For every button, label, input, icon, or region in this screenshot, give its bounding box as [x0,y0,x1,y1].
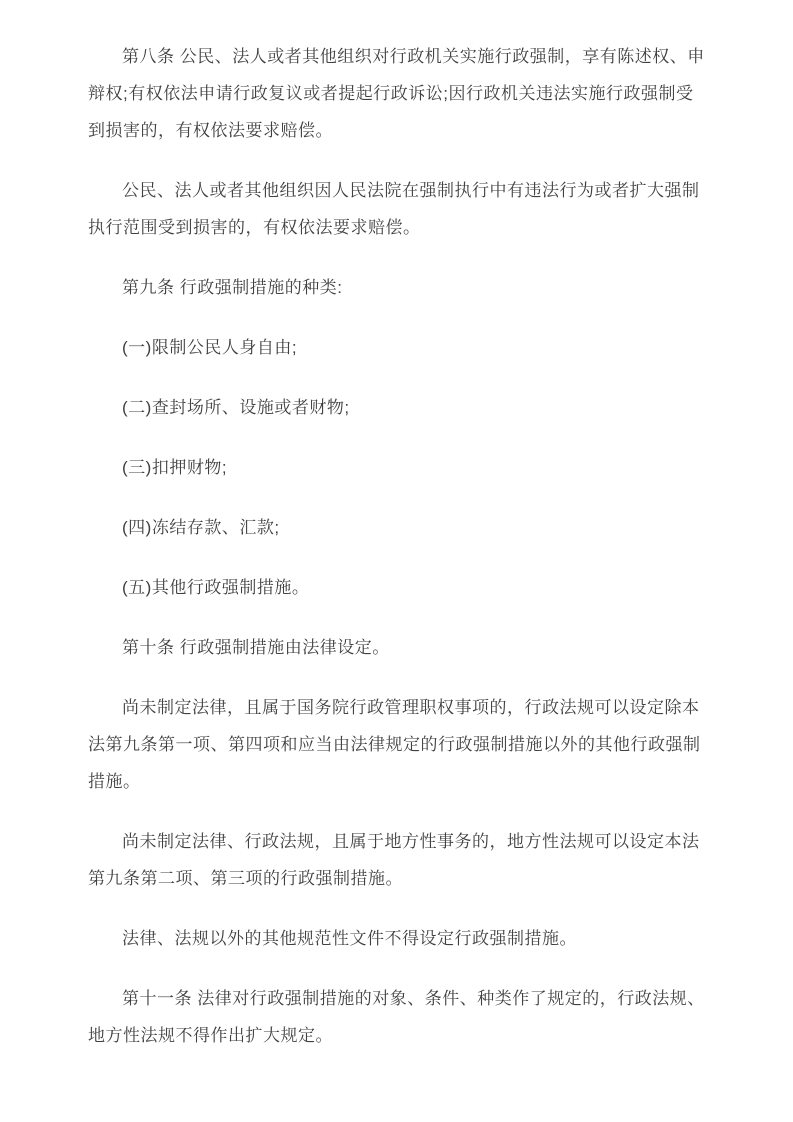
article-9-item-2: (二)查封场所、设施或者财物; [88,389,708,426]
article-10-clause-1: 第十条 行政强制措施由法律设定。 [88,629,708,666]
article-8-clause-2: 公民、法人或者其他组织因人民法院在强制执行中有违法行为或者扩大强制执行范围受到损… [88,172,708,246]
article-9-item-1: (一)限制公民人身自由; [88,329,708,366]
legal-text-body: 第八条 公民、法人或者其他组织对行政机关实施行政强制，享有陈述权、申辩权;有权依… [88,38,708,1054]
article-8-clause-1: 第八条 公民、法人或者其他组织对行政机关实施行政强制，享有陈述权、申辩权;有权依… [88,38,708,149]
article-10-clause-2: 尚未制定法律，且属于国务院行政管理职权事项的，行政法规可以设定除本法第九条第一项… [88,689,708,800]
article-9-item-4: (四)冻结存款、汇款; [88,509,708,546]
article-9-item-3: (三)扣押财物; [88,449,708,486]
article-10-clause-4: 法律、法规以外的其他规范性文件不得设定行政强制措施。 [88,920,708,957]
document-page: 第八条 公民、法人或者其他组织对行政机关实施行政强制，享有陈述权、申辩权;有权依… [0,0,793,1122]
article-10-clause-3: 尚未制定法律、行政法规，且属于地方性事务的，地方性法规可以设定本法第九条第二项、… [88,823,708,897]
article-9-item-5: (五)其他行政强制措施。 [88,569,708,606]
article-11-clause-1: 第十一条 法律对行政强制措施的对象、条件、种类作了规定的，行政法规、地方性法规不… [88,980,708,1054]
article-9-heading: 第九条 行政强制措施的种类: [88,269,708,306]
